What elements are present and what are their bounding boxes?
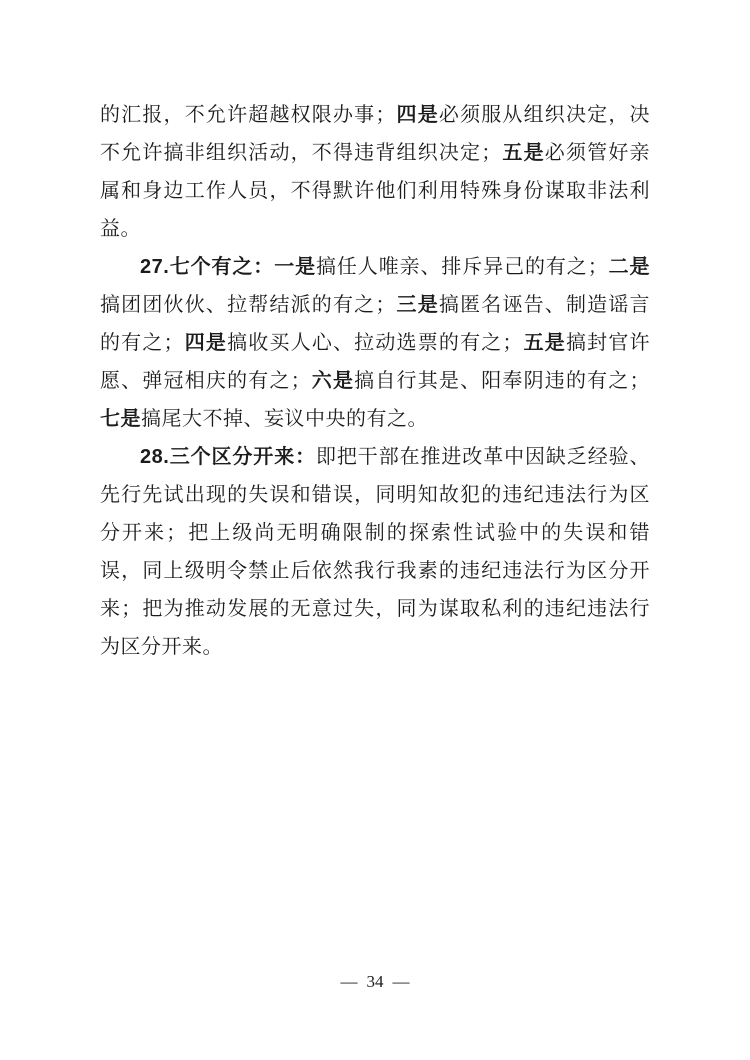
bold-text-run: 五是: [502, 142, 545, 164]
document-body: 的汇报，不允许超越权限办事；四是必须服从组织决定，决不允许搞非组织活动，不得违背…: [100, 96, 650, 666]
bold-text-run: 二是: [608, 256, 650, 278]
text-run: 搞任人唯亲、排斥异己的有之；: [316, 256, 608, 278]
bold-text-run: 六是: [311, 370, 354, 392]
paragraph: 27.七个有之：一是搞任人唯亲、排斥异己的有之；二是搞团团伙伙、拉帮结派的有之；…: [100, 248, 650, 438]
bold-text-run: 28.三个区分开来：: [140, 446, 316, 468]
text-run: 搞团团伙伙、拉帮结派的有之；: [100, 294, 396, 316]
bold-text-run: 七是: [100, 408, 141, 430]
footer-dash-left: —: [341, 972, 358, 991]
bold-text-run: 27.七个有之：一是: [140, 256, 316, 278]
page-number: 34: [367, 972, 384, 991]
bold-text-run: 三是: [396, 294, 439, 316]
text-run: 的汇报，不允许超越权限办事；: [100, 104, 396, 126]
bold-text-run: 四是: [184, 332, 227, 354]
footer-dash-right: —: [393, 972, 410, 991]
text-run: 搞自行其是、阳奉阴违的有之；: [354, 370, 650, 392]
text-run: 搞尾大不掉、妄议中央的有之。: [141, 408, 428, 430]
bold-text-run: 五是: [523, 332, 566, 354]
document-page: 的汇报，不允许超越权限办事；四是必须服从组织决定，决不允许搞非组织活动，不得违背…: [0, 0, 750, 1060]
paragraph: 的汇报，不允许超越权限办事；四是必须服从组织决定，决不允许搞非组织活动，不得违背…: [100, 96, 650, 248]
text-run: 搞收买人心、拉动选票的有之；: [227, 332, 523, 354]
paragraph: 28.三个区分开来：即把干部在推进改革中因缺乏经验、先行先试出现的失误和错误，同…: [100, 438, 650, 666]
bold-text-run: 四是: [396, 104, 439, 126]
text-run: 即把干部在推进改革中因缺乏经验、先行先试出现的失误和错误，同明知故犯的违纪违法行…: [100, 446, 650, 658]
page-footer: —34—: [0, 972, 750, 992]
